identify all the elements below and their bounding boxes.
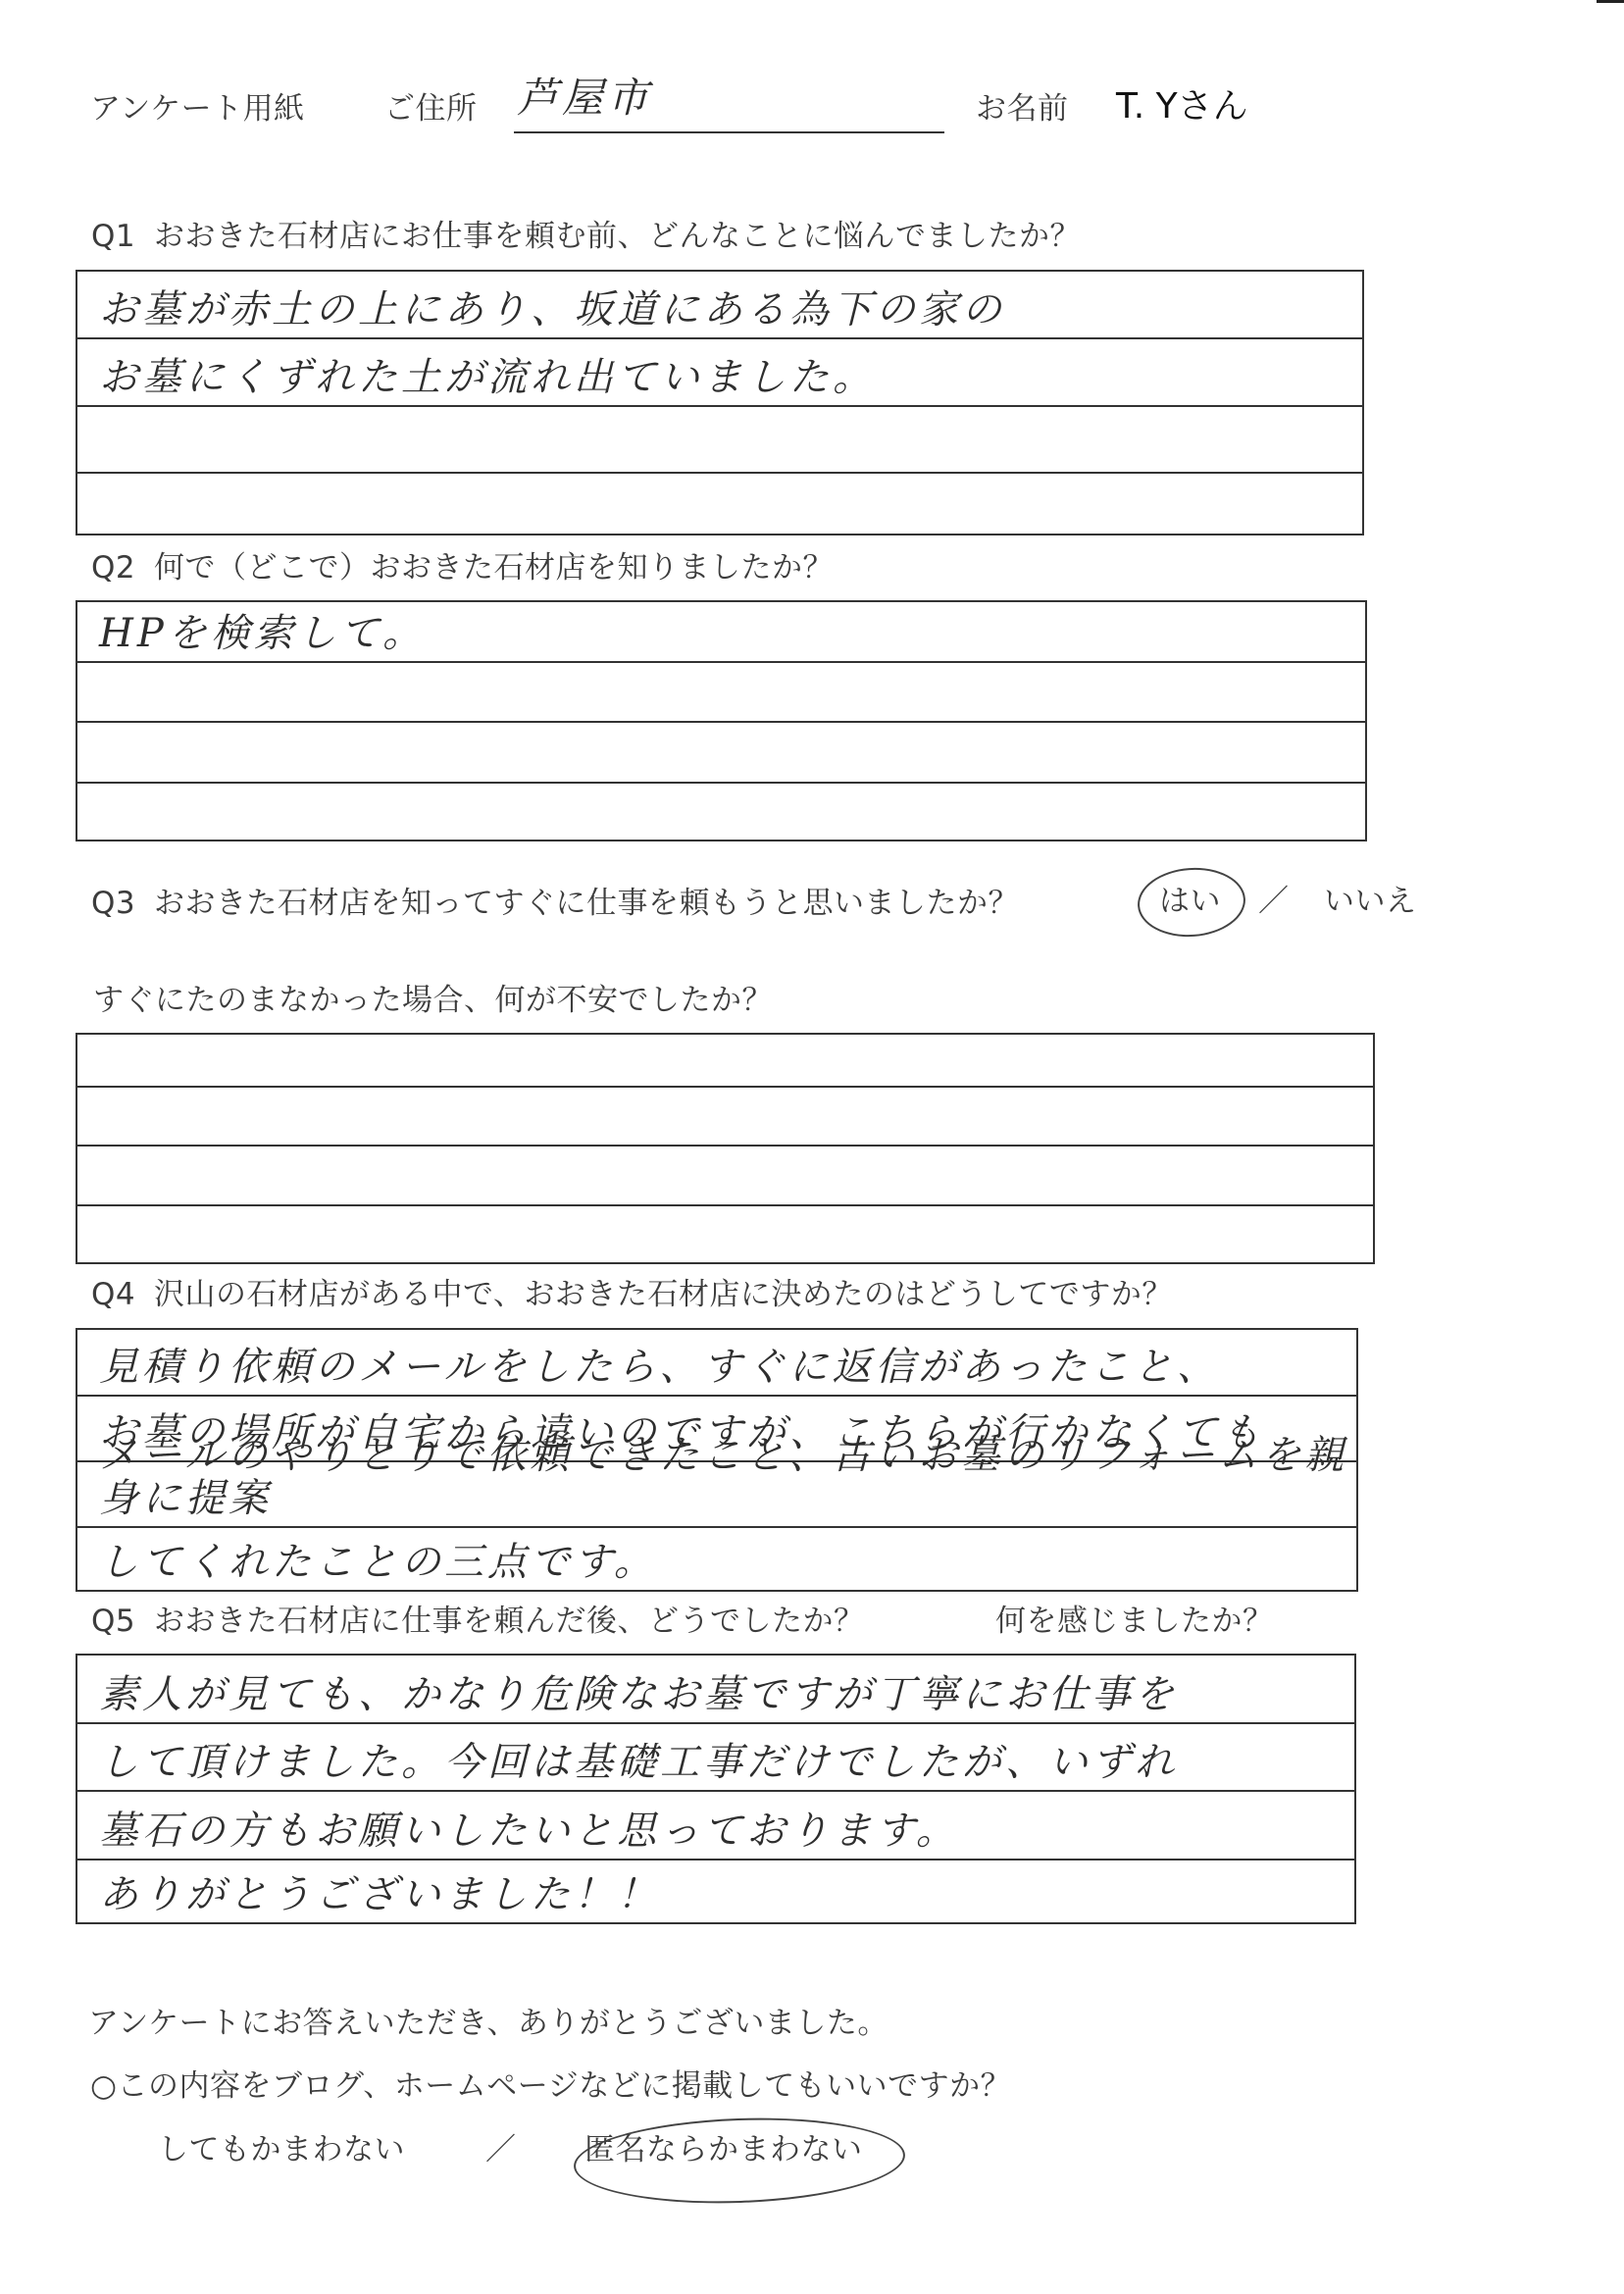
q3-question: Q3おおきた石材店を知ってすぐに仕事を頼もうと思いましたか？ xyxy=(91,887,1019,920)
publish-option-anonymous[interactable]: 匿名ならかまわない xyxy=(584,2133,863,2167)
publish-question: ○この内容をブログ、ホームページなどに掲載してもいいですか？ xyxy=(90,2069,1011,2103)
publish-option-allow[interactable]: してもかまわない xyxy=(158,2133,405,2167)
q3-number: Q3 xyxy=(91,887,154,920)
q1-answer-line xyxy=(77,474,1362,534)
q1-number: Q1 xyxy=(91,220,154,253)
q5-question-2: 何を感じましたか？ xyxy=(995,1605,1274,1638)
publish-separator: ／ xyxy=(485,2133,517,2167)
address-label: ご住所 xyxy=(384,92,478,126)
q1-answer-line: お墓が赤土の上にあり、坂道にある為下の家の xyxy=(77,272,1362,339)
q3-option-yes[interactable]: はい xyxy=(1159,885,1221,918)
q2-number: Q2 xyxy=(91,551,154,585)
q3-followup-line xyxy=(77,1147,1373,1206)
q2-answer-line xyxy=(77,784,1365,840)
address-underline xyxy=(514,131,944,133)
q2-answer-line: HPを検索して。 xyxy=(77,602,1365,663)
q1-answer-line xyxy=(77,407,1362,474)
q2-question-text: 何で（どこで）おおきた石材店を知りましたか？ xyxy=(154,550,834,586)
q5-question-text: おおきた石材店に仕事を頼んだ後、どうでしたか？ xyxy=(154,1604,865,1639)
q5-answer-line: 素人が見ても、かなり危険なお墓ですが丁寧にお仕事を xyxy=(77,1656,1354,1724)
thanks-text: アンケートにお答えいただき、ありがとうございました。 xyxy=(88,2007,888,2040)
q1-question-text: おおきた石材店にお仕事を頼む前、どんなことに悩んでましたか？ xyxy=(154,219,1081,254)
q3-separator: ／ xyxy=(1258,885,1290,918)
q5-answer-line: ありがとうございました！！ xyxy=(77,1861,1354,1922)
q3-followup-line xyxy=(77,1206,1373,1262)
q3-option-no[interactable]: いいえ xyxy=(1324,885,1417,918)
q4-answer-line: 見積り依頼のメールをしたら、すぐに返信があったこと、 xyxy=(77,1330,1356,1397)
scan-edge-mark xyxy=(1597,0,1624,3)
q3-followup-answer-box[interactable] xyxy=(76,1033,1375,1264)
name-value[interactable]: T. Yさん xyxy=(1116,78,1248,128)
form-title: アンケート用紙 xyxy=(90,92,305,126)
q3-followup-line xyxy=(77,1088,1373,1147)
q4-question: Q4沢山の石材店がある中で、おおきた石材店に決めたのはどうしてですか？ xyxy=(91,1278,1173,1311)
q1-question: Q1おおきた石材店にお仕事を頼む前、どんなことに悩んでましたか？ xyxy=(91,220,1081,253)
q4-question-text: 沢山の石材店がある中で、おおきた石材店に決めたのはどうしてですか？ xyxy=(154,1277,1173,1312)
q3-followup-question: すぐにたのまなかった場合、何が不安でしたか？ xyxy=(93,984,773,1017)
q5-number: Q5 xyxy=(91,1605,154,1638)
q2-answer-box[interactable]: HPを検索して。 xyxy=(76,600,1367,841)
q5-question: Q5おおきた石材店に仕事を頼んだ後、どうでしたか？ xyxy=(91,1605,865,1638)
q4-answer-line: メールのやりとりで依頼できたこと、古いお墓のリフォームを親身に提案 xyxy=(77,1462,1356,1528)
q4-number: Q4 xyxy=(91,1278,154,1311)
q2-answer-line xyxy=(77,723,1365,784)
address-value[interactable]: 芦屋市 xyxy=(517,76,652,120)
q2-answer-line xyxy=(77,663,1365,723)
q4-answer-line: してくれたことの三点です。 xyxy=(77,1528,1356,1590)
q3-followup-line xyxy=(77,1035,1373,1088)
q1-answer-line: お墓にくずれた土が流れ出ていました。 xyxy=(77,339,1362,407)
name-label: お名前 xyxy=(976,92,1069,126)
q5-answer-line: して頂けました。今回は基礎工事だけでしたが、いずれ xyxy=(77,1724,1354,1792)
q1-answer-box[interactable]: お墓が赤土の上にあり、坂道にある為下の家の お墓にくずれた土が流れ出ていました。 xyxy=(76,270,1364,535)
q3-question-text: おおきた石材店を知ってすぐに仕事を頼もうと思いましたか？ xyxy=(154,886,1019,921)
q5-answer-box[interactable]: 素人が見ても、かなり危険なお墓ですが丁寧にお仕事を して頂けました。今回は基礎工… xyxy=(76,1654,1356,1924)
q2-question: Q2何で（どこで）おおきた石材店を知りましたか？ xyxy=(91,551,834,585)
q5-answer-line: 墓石の方もお願いしたいと思っております。 xyxy=(77,1792,1354,1861)
q4-answer-box[interactable]: 見積り依頼のメールをしたら、すぐに返信があったこと、 お墓の場所が自宅から遠いの… xyxy=(76,1328,1358,1592)
